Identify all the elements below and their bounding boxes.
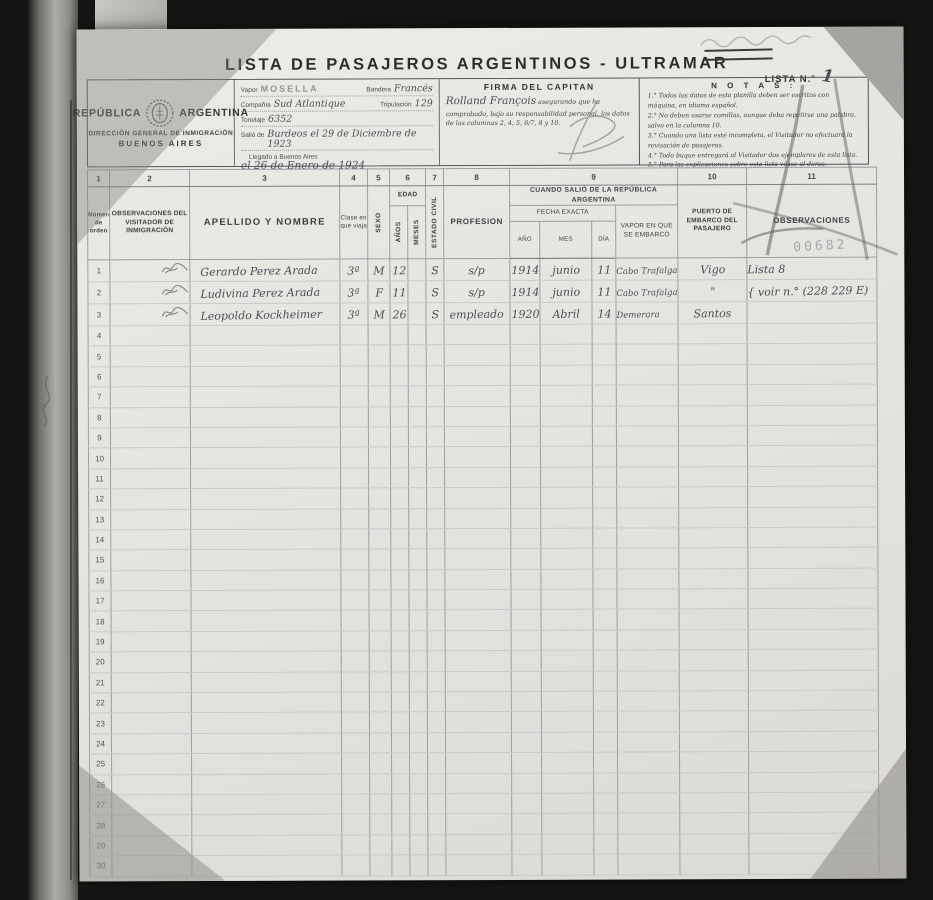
cell-puerto xyxy=(679,609,748,630)
cell-n: 16 xyxy=(89,571,111,591)
cell-puerto xyxy=(678,364,747,385)
cell-obs xyxy=(748,609,878,630)
cell-dia xyxy=(592,446,616,466)
nota-item: 3.° Cuando una lista esté incompleta, el… xyxy=(648,130,860,151)
cell-anos xyxy=(391,529,409,549)
table-row: 5 xyxy=(88,344,877,367)
table-row: 23 xyxy=(89,711,878,734)
cell-vapor xyxy=(618,793,680,814)
cell-meses xyxy=(408,345,426,365)
cell-estado: S xyxy=(426,259,444,281)
cell-vapor xyxy=(616,405,678,426)
handwritten-name: Leopoldo Kockheimer xyxy=(200,307,322,322)
cell-estado xyxy=(426,365,444,385)
cell-name xyxy=(190,325,340,346)
cell-ano xyxy=(511,610,541,630)
cell-clase xyxy=(341,508,369,528)
cell-mes xyxy=(541,508,593,529)
cell-dia xyxy=(593,691,617,711)
handwritten-estado: S xyxy=(431,264,439,277)
cell-dia xyxy=(593,711,617,731)
table-row: 4 xyxy=(88,323,877,346)
cell-sexo xyxy=(370,855,392,875)
tonelaje-value: 6352 xyxy=(268,115,292,125)
cell-mes xyxy=(540,446,592,467)
table-row: 26 xyxy=(90,772,879,795)
cell-mark xyxy=(110,448,190,469)
cell-puerto xyxy=(679,589,748,610)
agency-section: REPÚBLICA ARGENTINA DIRECCIÓN GENERAL DE… xyxy=(88,80,235,167)
cell-vapor xyxy=(618,752,680,773)
cell-n: 28 xyxy=(90,815,112,835)
cell-mark xyxy=(110,428,190,449)
table-row: 30 xyxy=(90,853,879,876)
cell-n: 1 xyxy=(88,260,110,282)
cell-n: 15 xyxy=(89,550,111,570)
bandera-value: Francés xyxy=(394,84,433,94)
cell-profesion xyxy=(445,590,511,611)
cell-puerto xyxy=(680,813,749,834)
header-meses: MESES xyxy=(408,206,426,259)
cell-obs xyxy=(748,466,878,487)
cell-profesion xyxy=(445,549,511,570)
handwritten-profesion: s/p xyxy=(469,263,486,276)
cell-ano xyxy=(510,406,540,426)
header-anos: AÑOS xyxy=(390,206,408,259)
cell-puerto xyxy=(679,548,748,569)
cell-estado xyxy=(428,814,446,834)
cell-name xyxy=(191,672,341,693)
cell-clase xyxy=(342,855,370,875)
handwritten-clase: 3ª xyxy=(348,286,360,299)
cell-ano xyxy=(512,753,542,773)
cell-estado xyxy=(427,569,445,589)
cell-meses xyxy=(408,303,426,325)
table-row: 8 xyxy=(88,405,877,428)
cell-dia xyxy=(593,569,617,589)
cell-estado xyxy=(426,427,444,447)
handwritten-mes: junio xyxy=(552,285,580,298)
cell-puerto: " xyxy=(678,280,747,302)
cell-anos: 26 xyxy=(390,303,408,325)
cell-profesion xyxy=(446,814,512,835)
cell-mes xyxy=(541,610,593,631)
cell-anos: 12 xyxy=(390,259,408,281)
handwritten-anos: 11 xyxy=(392,286,406,299)
cell-sexo xyxy=(370,753,392,773)
cell-anos xyxy=(391,733,409,753)
cell-n: 13 xyxy=(89,509,111,529)
cell-meses xyxy=(410,773,428,793)
cell-ano xyxy=(510,324,540,344)
cell-mes xyxy=(540,324,592,345)
cell-name xyxy=(190,447,340,468)
cell-obs xyxy=(749,731,879,752)
cell-meses xyxy=(408,366,426,386)
cell-profesion xyxy=(445,691,511,712)
table-row: 28 xyxy=(90,813,879,836)
cell-dia xyxy=(593,589,617,609)
cell-profesion xyxy=(446,855,512,876)
page-title: LISTA DE PASAJEROS ARGENTINOS - ULTRAMAR xyxy=(187,54,767,75)
cell-mes xyxy=(541,671,593,692)
cell-puerto xyxy=(680,772,749,793)
cell-sexo xyxy=(369,712,391,732)
cell-clase xyxy=(340,325,368,345)
cell-mark xyxy=(111,713,191,734)
cell-name xyxy=(191,488,341,509)
cell-n: 19 xyxy=(89,632,111,652)
cell-meses xyxy=(409,549,427,569)
cell-profesion xyxy=(445,610,511,631)
cell-name xyxy=(190,386,340,407)
cell-name xyxy=(190,345,340,366)
cell-obs: { voir n.° (228 229 E) xyxy=(747,279,877,301)
cell-name xyxy=(190,366,340,387)
table-row: 6 xyxy=(88,364,877,387)
cell-estado xyxy=(428,773,446,793)
cell-n: 3 xyxy=(88,304,110,326)
nota-item: 1.° Todos los datos de esta planilla deb… xyxy=(648,91,860,112)
cell-mark xyxy=(110,387,190,408)
cell-obs xyxy=(747,323,877,344)
cell-dia xyxy=(593,528,617,548)
nota-item: 2.° No deben usarse comillas, aunque deb… xyxy=(648,111,860,132)
cell-puerto: Vigo xyxy=(678,258,747,280)
cell-anos xyxy=(392,814,410,834)
ship-form-section: Vapor MOSELLA Bandera Francés Compañía S… xyxy=(235,79,440,166)
cell-mes: junio xyxy=(540,258,592,280)
cell-obs xyxy=(748,568,878,589)
cell-obs xyxy=(748,507,878,528)
col-num: 2 xyxy=(110,170,190,187)
cell-meses xyxy=(410,814,428,834)
cell-meses xyxy=(408,427,426,447)
cell-estado xyxy=(428,855,446,875)
cell-mark xyxy=(112,795,192,816)
cell-profesion xyxy=(444,386,510,407)
cell-obs xyxy=(747,405,877,426)
cell-puerto xyxy=(678,426,747,447)
cell-n: 14 xyxy=(89,530,111,550)
cell-dia xyxy=(593,467,617,487)
agency-office: DIRECCIÓN GENERAL DE INMIGRACIÓN xyxy=(88,130,233,138)
cell-anos xyxy=(391,692,409,712)
cell-sexo xyxy=(368,345,390,365)
col-num: 3 xyxy=(190,169,340,187)
cell-vapor xyxy=(617,711,679,732)
cell-obs xyxy=(747,364,877,385)
cell-obs xyxy=(748,711,878,732)
pen-double-underline xyxy=(704,48,772,60)
cell-ano xyxy=(510,426,540,446)
cell-obs xyxy=(748,629,878,650)
header-vapor-embarco: VAPOR EN QUE SE EMBARCÓ xyxy=(616,205,678,258)
visitador-mark-icon xyxy=(159,260,189,276)
cell-meses xyxy=(409,712,427,732)
notas-section: N O T A S : 1.° Todos los datos de esta … xyxy=(640,78,868,165)
cell-name: Gerardo Perez Arada xyxy=(190,259,340,282)
cell-mes xyxy=(541,650,593,671)
cell-profesion xyxy=(444,406,510,427)
cell-dia xyxy=(593,650,617,670)
cell-estado xyxy=(427,631,445,651)
cell-estado xyxy=(427,692,445,712)
table-row: 19 xyxy=(89,629,878,652)
cell-clase xyxy=(342,814,370,834)
coat-of-arms-icon xyxy=(145,98,175,128)
tonelaje-label: Tonelaje xyxy=(241,117,265,124)
cell-estado xyxy=(427,712,445,732)
cell-sexo xyxy=(369,488,391,508)
cell-mark xyxy=(110,346,190,367)
cell-clase xyxy=(341,712,369,732)
handwritten-clase: 3ª xyxy=(348,308,360,321)
cell-mes xyxy=(542,752,594,773)
cell-anos xyxy=(390,366,408,386)
cell-mes xyxy=(542,834,594,855)
cell-meses xyxy=(409,569,427,589)
handwritten-estado: S xyxy=(431,286,439,299)
cell-ano xyxy=(511,467,541,487)
cell-obs xyxy=(748,445,878,466)
tripulacion-value: 129 xyxy=(415,99,433,109)
cell-meses xyxy=(410,794,428,814)
cell-estado xyxy=(427,610,445,630)
handwritten-anos: 12 xyxy=(392,264,406,277)
table-row: 7 xyxy=(88,384,877,407)
cell-estado xyxy=(427,590,445,610)
cell-n: 25 xyxy=(90,754,112,774)
header-fecha-exacta: FECHA EXACTA xyxy=(510,205,616,221)
handwritten-sexo: M xyxy=(373,308,384,321)
handwritten-clase: 3ª xyxy=(348,264,360,277)
cell-puerto xyxy=(679,568,748,589)
cell-mark xyxy=(111,611,191,632)
cell-mes xyxy=(542,773,594,794)
cell-obs xyxy=(748,527,878,548)
cell-mes xyxy=(541,569,593,590)
cell-clase xyxy=(340,447,368,467)
cell-dia xyxy=(592,385,616,405)
cell-obs xyxy=(747,344,877,365)
col-num: 10 xyxy=(678,168,747,185)
handwritten-ano: 1914 xyxy=(511,263,539,276)
tripulacion-label: Tripulación xyxy=(380,101,412,108)
cell-anos xyxy=(392,835,410,855)
cell-mes xyxy=(541,487,593,508)
cell-dia xyxy=(593,487,617,507)
cell-puerto xyxy=(679,507,748,528)
col-num: 9 xyxy=(510,168,678,186)
cell-n: 21 xyxy=(89,672,111,692)
cell-ano xyxy=(511,528,541,548)
cell-estado xyxy=(427,508,445,528)
cell-ano xyxy=(512,773,542,793)
cell-vapor xyxy=(617,467,679,488)
cell-clase: 3ª xyxy=(340,259,368,281)
cell-n: 8 xyxy=(88,407,110,427)
cell-profesion xyxy=(444,324,510,345)
cell-estado xyxy=(428,834,446,854)
cell-name xyxy=(191,509,341,530)
cell-puerto xyxy=(679,528,748,549)
handwritten-puerto: Santos xyxy=(693,306,731,320)
captain-signature-name: Rolland François xyxy=(446,95,536,107)
cell-estado xyxy=(426,386,444,406)
header-apellido-nombre: APELLIDO Y NOMBRE xyxy=(190,186,340,260)
cell-dia xyxy=(594,752,618,772)
cell-obs: Lista 8 xyxy=(747,257,877,279)
cell-vapor xyxy=(617,507,679,528)
table-row: 15 xyxy=(89,547,878,570)
cell-obs xyxy=(748,486,878,507)
cell-sexo xyxy=(369,671,391,691)
header-clase-viaja: Clase en que viaja xyxy=(340,186,368,259)
cell-anos xyxy=(392,773,410,793)
cell-profesion xyxy=(446,753,512,774)
cell-ano xyxy=(512,834,542,854)
handwritten-profesion: s/p xyxy=(469,285,486,298)
cell-estado xyxy=(428,753,446,773)
cell-sexo xyxy=(368,386,390,406)
handwritten-dia: 11 xyxy=(597,285,611,298)
document-page: LISTA DE PASAJEROS ARGENTINOS - ULTRAMAR… xyxy=(77,27,907,882)
cell-puerto xyxy=(679,650,748,671)
cell-obs xyxy=(748,690,878,711)
cell-meses xyxy=(410,855,428,875)
cell-clase xyxy=(341,733,369,753)
cell-mark xyxy=(110,407,190,428)
cell-mark xyxy=(110,282,190,304)
cell-sexo xyxy=(370,835,392,855)
cell-ano xyxy=(510,447,540,467)
cell-sexo xyxy=(370,794,392,814)
header-edad: EDAD xyxy=(390,186,426,206)
cell-mark xyxy=(111,733,191,754)
cell-clase xyxy=(340,386,368,406)
cell-puerto xyxy=(680,854,749,875)
cell-n: 29 xyxy=(90,836,112,856)
visitador-mark-icon xyxy=(159,304,189,320)
handwritten-dia: 14 xyxy=(597,307,611,320)
cell-mark xyxy=(112,835,192,856)
handwritten-ano: 1920 xyxy=(511,307,539,320)
cell-anos: 11 xyxy=(390,281,408,303)
cell-dia xyxy=(593,548,617,568)
handwritten-sexo: M xyxy=(373,264,384,277)
cell-estado xyxy=(426,406,444,426)
cell-obs xyxy=(748,588,878,609)
cell-vapor xyxy=(617,569,679,590)
vapor-name-stamp: MOSELLA xyxy=(261,84,319,94)
cell-profesion xyxy=(445,651,511,672)
cell-ano xyxy=(511,630,541,650)
cell-sexo xyxy=(368,366,390,386)
header-puerto-embarco: PUERTO DE EMBARCO DEL PASAJERO xyxy=(678,185,747,258)
cell-estado xyxy=(426,345,444,365)
cell-mark xyxy=(111,550,191,571)
cell-anos xyxy=(392,855,410,875)
cell-n: 5 xyxy=(88,346,110,366)
table-row: 25 xyxy=(90,751,879,774)
cell-name xyxy=(191,590,341,611)
cell-estado xyxy=(427,488,445,508)
cell-profesion xyxy=(445,467,511,488)
cell-estado: S xyxy=(426,303,444,325)
cell-sexo xyxy=(369,549,391,569)
cell-vapor xyxy=(617,691,679,712)
header-observaciones-visitador: OBSERVACIONES DEL VISITADOR DE INMIGRACI… xyxy=(110,187,190,260)
handwritten-obs: { voir n.° (228 229 E) xyxy=(747,283,868,298)
cell-anos xyxy=(391,488,409,508)
handwritten-mes: junio xyxy=(552,263,580,276)
cell-clase xyxy=(342,794,370,814)
cell-meses xyxy=(408,259,426,281)
cell-anos xyxy=(391,468,409,488)
cell-meses xyxy=(408,447,426,467)
cell-obs xyxy=(749,833,879,854)
cell-clase xyxy=(341,692,369,712)
cell-profesion xyxy=(445,488,511,509)
cell-dia xyxy=(592,406,616,426)
cell-vapor xyxy=(618,834,680,855)
cell-vapor xyxy=(617,609,679,630)
cell-mes xyxy=(542,814,594,835)
cell-profesion: s/p xyxy=(444,280,510,302)
cell-obs xyxy=(748,547,878,568)
cell-vapor xyxy=(616,324,678,345)
cell-name: Leopoldo Kockheimer xyxy=(190,303,340,326)
cell-name xyxy=(191,692,341,713)
cell-profesion xyxy=(445,630,511,651)
handwritten-vapor: Cabo Trafalgar xyxy=(616,265,678,276)
cell-sexo xyxy=(369,733,391,753)
cell-n: 18 xyxy=(89,611,111,631)
cell-vapor xyxy=(618,854,680,875)
captain-heading: FIRMA DEL CAPITAN xyxy=(446,82,633,93)
cell-puerto xyxy=(678,385,747,406)
cell-anos xyxy=(390,447,408,467)
handwritten-obs: Lista 8 xyxy=(747,262,785,276)
cell-obs xyxy=(749,792,879,813)
handwritten-ano: 1914 xyxy=(511,285,539,298)
cell-estado xyxy=(427,467,445,487)
header-cuando-salio: CUANDO SALIÓ DE LA REPÚBLICA ARGENTINA xyxy=(510,185,678,206)
cell-name xyxy=(192,794,342,815)
cell-estado xyxy=(426,447,444,467)
cell-dia: 11 xyxy=(592,258,616,280)
cell-mes xyxy=(541,589,593,610)
cell-n: 12 xyxy=(89,489,111,509)
cell-sexo xyxy=(369,590,391,610)
cell-name xyxy=(191,733,341,754)
cell-vapor xyxy=(616,385,678,406)
cell-anos xyxy=(391,712,409,732)
visitador-mark-icon xyxy=(159,282,189,298)
cell-anos xyxy=(391,508,409,528)
header-estado-civil: ESTADO CIVIL xyxy=(426,186,444,259)
cell-sexo xyxy=(369,610,391,630)
table-row: 16 xyxy=(89,568,878,591)
cell-obs xyxy=(749,772,879,793)
cell-clase xyxy=(341,529,369,549)
cell-vapor xyxy=(616,344,678,365)
cell-mes xyxy=(540,385,592,406)
cell-sexo xyxy=(368,447,390,467)
cell-puerto xyxy=(678,324,747,345)
table-row: 11 xyxy=(89,466,878,489)
